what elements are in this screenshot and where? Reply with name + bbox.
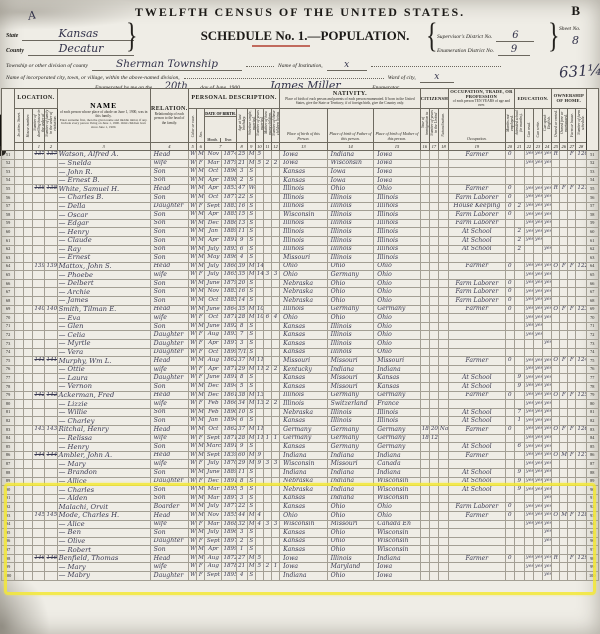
cell-yus: [429, 554, 438, 563]
cell-ym: [255, 202, 263, 211]
cell-mne: [505, 546, 514, 555]
cell-cl: [271, 340, 279, 349]
cell-c: W: [189, 202, 197, 211]
cell-d: 138: [33, 185, 45, 194]
cell-fs: [576, 168, 586, 177]
cell-im: [420, 340, 429, 349]
cell-bm: March: [205, 443, 222, 452]
cell-wr: yes: [533, 365, 542, 374]
cell-wr: yes: [533, 511, 542, 520]
cell-bm: Sept: [205, 572, 222, 581]
cell-name: Ambler, John A.: [57, 451, 150, 460]
cell-age: 3: [236, 529, 247, 538]
cell-house: [24, 520, 33, 529]
cell-ms: M: [247, 400, 255, 409]
cell-fh: [568, 202, 576, 211]
cell-mne: [505, 314, 514, 323]
table-row: 86144144Ambler, John A.HeadWMSept183960M…: [2, 451, 599, 460]
cell-mbp: Iowa: [374, 150, 421, 159]
cell-bm: Sept: [205, 537, 222, 546]
cell-wr: yes: [533, 288, 542, 297]
cell-age: 7: [236, 331, 247, 340]
cell-mbp: Ohio: [374, 262, 421, 271]
cell-mbp: Ohio: [374, 348, 421, 357]
cell-yus: [429, 262, 438, 271]
cell-house: [24, 262, 33, 271]
cell-age: 9: [236, 236, 247, 245]
cell-name: — Mabry: [57, 572, 150, 581]
cell-im: [420, 400, 429, 409]
cell-f: 141: [45, 357, 57, 366]
cell-cl: [271, 443, 279, 452]
cell-name: — Archie: [57, 288, 150, 297]
cell-f: [45, 288, 57, 297]
cell-fbp: Ohio: [327, 529, 374, 538]
cell-rd: [524, 245, 533, 254]
cell-street: [15, 279, 24, 288]
cell-rel: Son: [150, 546, 188, 555]
cell-bp: Germany: [280, 425, 328, 434]
cell-fh: F: [568, 185, 576, 194]
cell-c: W: [189, 340, 197, 349]
cell-age: 15: [236, 211, 247, 220]
cell-ms: S: [247, 193, 255, 202]
cell-by: 1862: [222, 357, 236, 366]
cell-bm: July: [205, 271, 222, 280]
cell-house: [24, 503, 33, 512]
cell-house: [24, 348, 33, 357]
table-row: 99— MarywifeWFAug187821M521IowaMarylandI…: [2, 563, 599, 572]
cell-s: M: [197, 322, 205, 331]
cell-s: F: [197, 340, 205, 349]
cell-mne: 0: [505, 202, 514, 211]
cell-n: 97: [2, 546, 15, 555]
cell-bp: Missouri: [280, 254, 328, 263]
cell-wr: yes: [533, 408, 542, 417]
cell-mne: [505, 219, 514, 228]
cell-yus: [429, 365, 438, 374]
cell-c: W: [189, 168, 197, 177]
cell-line-number: 55: [586, 185, 598, 194]
cell-house: [24, 537, 33, 546]
cell-bm: Aug: [205, 357, 222, 366]
cell-mc: 3: [263, 460, 271, 469]
cell-name: Mattox, John S.: [57, 262, 150, 271]
cell-n: 69: [2, 305, 15, 314]
cell-d: [33, 520, 45, 529]
cell-house: [24, 176, 33, 185]
cell-fs: [576, 340, 586, 349]
cell-fh: [568, 245, 576, 254]
cell-nat: [438, 443, 448, 452]
cell-street: [15, 305, 24, 314]
cell-im: [420, 408, 429, 417]
cell-im: [420, 460, 429, 469]
cell-bm: Apr: [205, 176, 222, 185]
table-row: 74— VeraDaughterWFOct18997/12SKansasIlli…: [2, 348, 599, 357]
cell-rd: [524, 537, 533, 546]
cell-fs: 128: [576, 511, 586, 520]
cell-rel: Son: [150, 211, 188, 220]
sheet-number-value: 8: [572, 34, 579, 47]
cell-house: [24, 468, 33, 477]
cell-en: yes: [543, 159, 552, 168]
cell-nat: [438, 546, 448, 555]
cell-fbp: Germany: [327, 443, 374, 452]
cell-f: [45, 529, 57, 538]
cell-s: M: [197, 297, 205, 306]
cell-fh: [568, 288, 576, 297]
cell-rel: Son: [150, 245, 188, 254]
cell-ms: M: [247, 357, 255, 366]
cell-d: [33, 193, 45, 202]
cell-en: yes: [543, 443, 552, 452]
cell-sch: [514, 348, 524, 357]
cell-fbp: Ohio: [327, 297, 374, 306]
cell-mc: [263, 357, 271, 366]
cell-rd: yes: [524, 202, 533, 211]
cell-yus: [429, 348, 438, 357]
cell-age: 3: [236, 168, 247, 177]
cell-own: [552, 288, 560, 297]
cell-street: [15, 383, 24, 392]
table-row: 73— MyrtleDaughterWFApr18973SKansasIllin…: [2, 340, 599, 349]
cell-bp: Kansas: [280, 537, 328, 546]
cell-bp: Kansas: [280, 331, 328, 340]
cell-street: [15, 228, 24, 237]
cell-mne: [505, 383, 514, 392]
cell-c: W: [189, 486, 197, 495]
cell-house: [24, 185, 33, 194]
cell-sch: [514, 434, 524, 443]
cell-sch: 2: [514, 245, 524, 254]
cell-own: [552, 434, 560, 443]
cell-age: 4: [236, 572, 247, 581]
cell-sch: [514, 391, 524, 400]
cell-s: M: [197, 236, 205, 245]
cell-c: W: [189, 511, 197, 520]
cell-en: yes: [543, 511, 552, 520]
cell-occ: [449, 314, 506, 323]
cell-n: 74: [2, 348, 15, 357]
cell-mc: [263, 254, 271, 263]
cell-rd: yes: [524, 322, 533, 331]
cell-c: W: [189, 546, 197, 555]
cell-mne: [505, 443, 514, 452]
cell-fh: [568, 572, 576, 581]
cell-wr: [533, 245, 542, 254]
cell-en: yes: [543, 271, 552, 280]
cell-by: 1896: [222, 254, 236, 263]
cell-mne: [505, 529, 514, 538]
cell-im: [420, 546, 429, 555]
cell-line-number: 62: [586, 245, 598, 254]
cell-fbp: Ohio: [327, 314, 374, 323]
cell-fm: [560, 348, 568, 357]
cell-bp: Indiana: [280, 468, 328, 477]
cell-house: [24, 340, 33, 349]
cell-n: 96: [2, 537, 15, 546]
cell-mbp: Iowa: [374, 563, 421, 572]
cell-occ: Farmer: [449, 357, 506, 366]
cell-fh: [568, 434, 576, 443]
cell-ym: [255, 236, 263, 245]
cell-rd: yes: [524, 511, 533, 520]
cell-bm: Oct: [205, 348, 222, 357]
cell-ym: [255, 443, 263, 452]
group-citizenship: CITIZENSHIP.: [420, 89, 448, 109]
cell-occ: Farm Laborer: [449, 297, 506, 306]
cell-occ: [449, 254, 506, 263]
cell-rel: wife: [150, 271, 188, 280]
cell-nat: [438, 245, 448, 254]
cell-by: 1886: [222, 219, 236, 228]
cell-bm: June: [205, 374, 222, 383]
cell-house: [24, 305, 33, 314]
cell-f: [45, 572, 57, 581]
cell-rd: yes: [524, 468, 533, 477]
cell-own: [552, 572, 560, 581]
cell-cl: 1: [271, 434, 279, 443]
cell-rd: yes: [524, 451, 533, 460]
cell-rel: Head: [150, 185, 188, 194]
cell-street: [15, 202, 24, 211]
cell-cl: [271, 193, 279, 202]
brace: }: [548, 18, 560, 57]
cell-wr: [533, 537, 542, 546]
cell-by: 1874: [222, 150, 236, 159]
cell-by: 1868: [222, 520, 236, 529]
cell-en: yes: [543, 288, 552, 297]
col-birthplace-father: Place of birth of Father of this person.: [327, 108, 374, 142]
cell-en: yes: [543, 503, 552, 512]
cell-sch: [514, 365, 524, 374]
cell-im: [420, 228, 429, 237]
cell-name: — Claude: [57, 236, 150, 245]
cell-ms: M: [247, 563, 255, 572]
cell-line-number: 85: [586, 443, 598, 452]
col-mother-of-children: Mother of how many children.: [263, 108, 271, 142]
table-row: 53— John R.SonWMOct18963SKansasIowaIowa5…: [2, 168, 599, 177]
cell-name: — Brandon: [57, 468, 150, 477]
cell-d: [33, 211, 45, 220]
cell-yus: [429, 279, 438, 288]
cell-ms: M: [247, 460, 255, 469]
cell-fm: [560, 279, 568, 288]
cell-fh: [568, 468, 576, 477]
cell-fs: [576, 348, 586, 357]
cell-by: 1871: [222, 365, 236, 374]
table-row: 70— EvawifeWFOct187128M1064OhioOhioOhioy…: [2, 314, 599, 323]
cell-yus: [429, 391, 438, 400]
cell-fbp: Illinois: [327, 417, 374, 426]
cell-ms: M: [247, 520, 255, 529]
cell-sch: 6: [514, 443, 524, 452]
cell-im: [420, 211, 429, 220]
cell-f: [45, 314, 57, 323]
cell-street: [15, 288, 24, 297]
cell-house: [24, 434, 33, 443]
cell-occ: [449, 331, 506, 340]
col-farm-schedule: Number of farm schedule.: [576, 108, 586, 142]
cell-fh: F: [568, 391, 576, 400]
cell-mbp: Kansas: [374, 374, 421, 383]
cell-line-number: 60: [586, 228, 598, 237]
cell-im: [420, 193, 429, 202]
cell-sch: 2: [514, 202, 524, 211]
cell-mbp: Ohio: [374, 322, 421, 331]
cell-house: [24, 271, 33, 280]
cell-occ: At School: [449, 486, 506, 495]
table-row: 68— JamesSonWMOct188514SNebraskaOhioOhio…: [2, 297, 599, 306]
cell-mne: [505, 563, 514, 572]
cell-mne: [505, 374, 514, 383]
cell-en: [543, 236, 552, 245]
cell-sch: [514, 511, 524, 520]
cell-fh: [568, 563, 576, 572]
cell-ms: M: [247, 451, 255, 460]
population-table: LOCATION. NAME of each person whose plac…: [1, 88, 599, 581]
cell-ym: [255, 408, 263, 417]
cell-cl: [271, 202, 279, 211]
cell-sch: [514, 279, 524, 288]
cell-cl: 1: [271, 563, 279, 572]
cell-own: [552, 494, 560, 503]
cell-bm: Sept: [205, 451, 222, 460]
cell-s: M: [197, 417, 205, 426]
cell-house: [24, 572, 33, 581]
cell-f: [45, 477, 57, 486]
cell-ms: S: [247, 297, 255, 306]
cell-rd: [524, 348, 533, 357]
cell-line-number: 69: [586, 305, 598, 314]
cell-s: M: [197, 383, 205, 392]
cell-d: [33, 503, 45, 512]
cell-rd: yes: [524, 193, 533, 202]
cell-cl: [271, 168, 279, 177]
table-row: 100— MabryDaughterWFSept18954SIndianaOhi…: [2, 572, 599, 581]
cell-own: [552, 374, 560, 383]
cell-occ: [449, 400, 506, 409]
cell-occ: Farmer: [449, 511, 506, 520]
cell-ms: S: [247, 537, 255, 546]
cell-fm: [560, 176, 568, 185]
cell-d: [33, 434, 45, 443]
cell-age: 8: [236, 322, 247, 331]
col-free-mortgaged: Owned free or mortgaged.: [560, 108, 568, 142]
cell-mne: [505, 254, 514, 263]
cell-street: [15, 262, 24, 271]
cell-en: yes: [543, 185, 552, 194]
cell-mbp: Kansas: [374, 383, 421, 392]
cell-fbp: Missouri: [327, 374, 374, 383]
cell-house: [24, 159, 33, 168]
cell-line-number: 71: [586, 322, 598, 331]
cell-fh: [568, 365, 576, 374]
cell-wr: yes: [533, 357, 542, 366]
cell-yus: [429, 228, 438, 237]
cell-occ: [449, 460, 506, 469]
cell-mc: [263, 331, 271, 340]
cell-age: 10: [236, 408, 247, 417]
cell-mne: [505, 245, 514, 254]
cell-own: [552, 322, 560, 331]
cell-yus: [429, 254, 438, 263]
cell-fh: [568, 477, 576, 486]
cell-fm: [560, 365, 568, 374]
cell-sch: [514, 185, 524, 194]
cell-fbp: Ohio: [327, 572, 374, 581]
cell-f: [45, 434, 57, 443]
cell-fbp: Ohio: [327, 279, 374, 288]
cell-mbp: Ohio: [374, 271, 421, 280]
cell-f: [45, 211, 57, 220]
cell-rel: Son: [150, 322, 188, 331]
cell-cl: [271, 305, 279, 314]
cell-n: 75: [2, 357, 15, 366]
cell-mbp: Illinois: [374, 408, 421, 417]
cell-age: 11: [236, 228, 247, 237]
cell-yus: [429, 546, 438, 555]
cell-f: [45, 443, 57, 452]
cell-fh: [568, 168, 576, 177]
cell-f: [45, 537, 57, 546]
cell-fm: [560, 383, 568, 392]
cell-name: — Charles B.: [57, 193, 150, 202]
table-header: LOCATION. NAME of each person whose plac…: [2, 89, 599, 151]
cell-d: [33, 443, 45, 452]
cell-occ: Farmer: [449, 554, 506, 563]
cell-rel: Head: [150, 262, 188, 271]
cell-sch: [514, 425, 524, 434]
cell-rel: Head: [150, 425, 188, 434]
cell-ms: S: [247, 408, 255, 417]
cell-fs: 120: [576, 150, 586, 159]
cell-by: 1898: [222, 176, 236, 185]
cell-wr: yes: [533, 236, 542, 245]
cell-s: M: [197, 245, 205, 254]
cell-fs: [576, 529, 586, 538]
cell-mbp: Wisconsin: [374, 529, 421, 538]
cell-c: W: [189, 425, 197, 434]
cell-rel: Daughter: [150, 374, 188, 383]
cell-fm: M: [560, 451, 568, 460]
cell-bp: Kentucky: [280, 365, 328, 374]
cell-yus: [429, 314, 438, 323]
cell-age: 4: [236, 254, 247, 263]
cell-d: [33, 400, 45, 409]
cell-occ: At School: [449, 468, 506, 477]
cell-by: 1892: [222, 322, 236, 331]
cell-own: [552, 297, 560, 306]
cell-house: [24, 236, 33, 245]
cell-bm: Mar: [205, 159, 222, 168]
cell-s: M: [197, 279, 205, 288]
cell-wr: [533, 340, 542, 349]
cell-yus: [429, 150, 438, 159]
cell-n: 83: [2, 425, 15, 434]
cell-rd: yes: [524, 408, 533, 417]
cell-name: — Henry: [57, 443, 150, 452]
cell-en: yes: [543, 365, 552, 374]
cell-n: 72: [2, 331, 15, 340]
group-location: LOCATION.: [15, 89, 57, 109]
cell-n: 92: [2, 503, 15, 512]
cell-im: [420, 202, 429, 211]
cell-age: 28: [236, 314, 247, 323]
cell-mc: 2: [263, 159, 271, 168]
cell-name: — Della: [57, 202, 150, 211]
